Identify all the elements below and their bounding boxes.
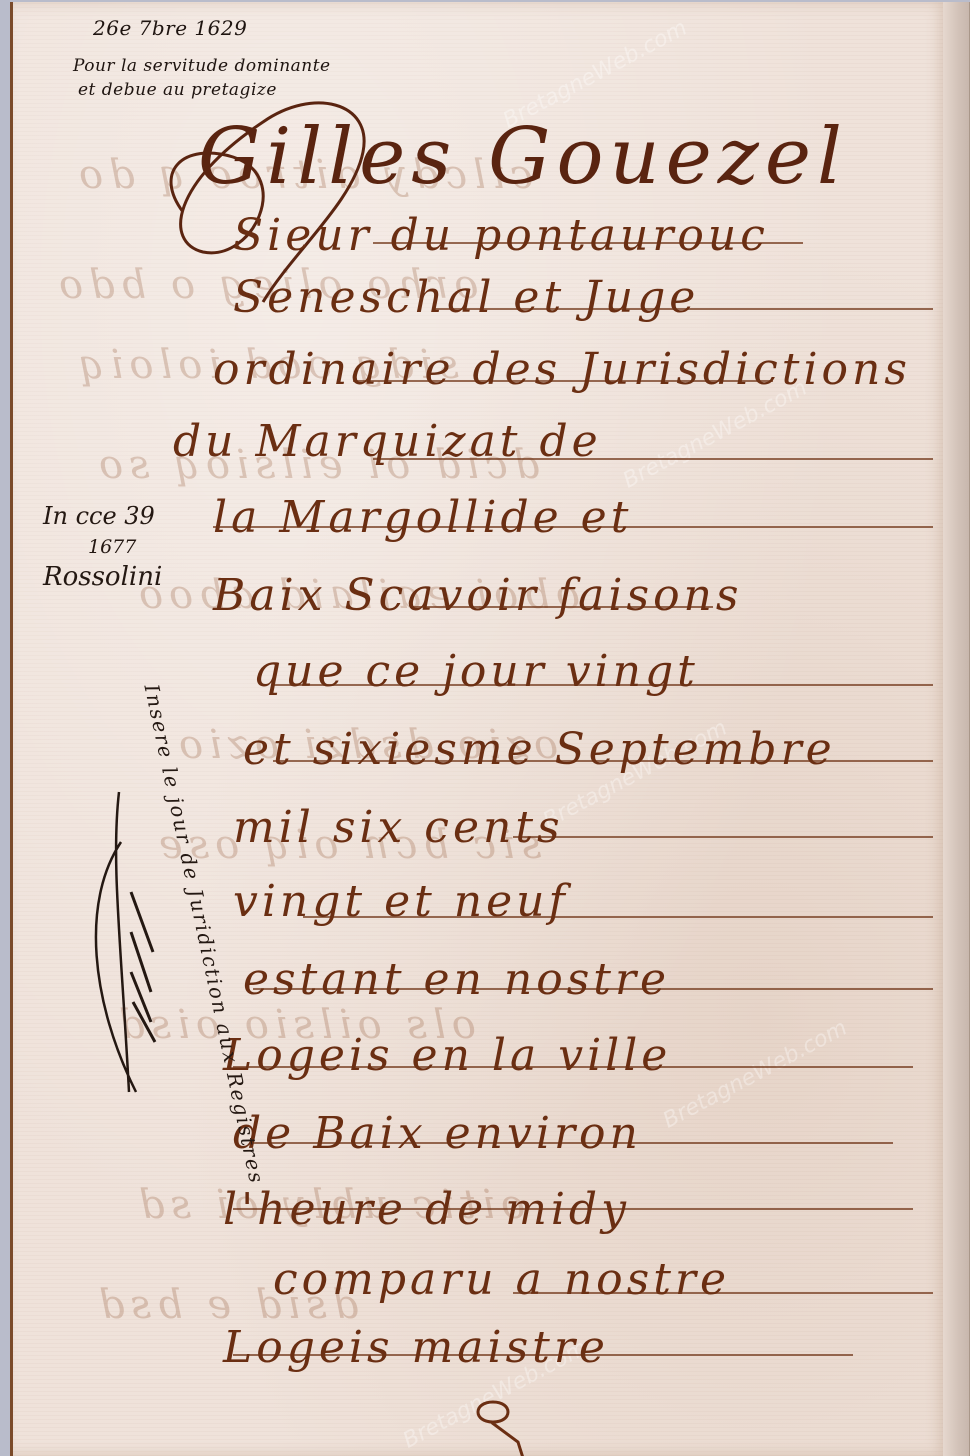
- line-filler-rule: [273, 684, 933, 686]
- line-filler-rule: [213, 526, 933, 528]
- signature-icon: [81, 782, 161, 1102]
- watermark: BretagneWeb.com: [659, 1015, 851, 1133]
- line-filler-rule: [233, 1208, 913, 1210]
- line-filler-rule: [373, 458, 933, 460]
- line-filler-rule: [353, 380, 773, 382]
- body-line-10: vingt et neuf: [233, 876, 569, 927]
- body-line-5: la Margollide et: [213, 492, 632, 543]
- line-filler-rule: [513, 836, 933, 838]
- paraph-flourish-icon: [463, 1382, 543, 1456]
- line-filler-rule: [233, 1066, 913, 1068]
- body-line-6: Baix Scavoir faisons: [213, 570, 742, 621]
- margin-note-line3: Rossolini: [43, 562, 162, 592]
- body-line-2: Seneschal et Juge: [233, 272, 699, 323]
- margin-note-line2: 1677: [88, 536, 136, 558]
- page-fold-edge: [943, 2, 970, 1456]
- body-line-8: et sixiesme Septembre: [243, 724, 836, 775]
- body-line-13: de Baix environ: [233, 1108, 642, 1159]
- body-line-3: ordinaire des Jurisdictions: [213, 344, 911, 395]
- line-filler-rule: [413, 606, 713, 608]
- body-line-12: Logeis en la ville: [223, 1030, 671, 1081]
- body-line-1: Sieur du pontaurouc: [233, 210, 769, 261]
- line-filler-rule: [233, 1354, 853, 1356]
- manuscript-page: cilcdy ditroc q do orho olieg o bdo sidg…: [10, 2, 948, 1456]
- margin-note-line1: In cce 39: [43, 502, 155, 530]
- line-filler-rule: [273, 760, 933, 762]
- body-line-9: mil six cents: [233, 802, 564, 853]
- line-filler-rule: [253, 1142, 893, 1144]
- body-line-7: que ce jour vingt: [253, 646, 699, 697]
- line-filler-rule: [433, 308, 933, 310]
- body-line-15: comparu a nostre: [273, 1254, 730, 1305]
- line-filler-rule: [253, 988, 933, 990]
- line-filler-rule: [373, 242, 803, 244]
- title-name: Gilles Gouezel: [198, 112, 848, 202]
- header-date: 26e 7bre 1629: [93, 16, 247, 40]
- body-line-11: estant en nostre: [243, 954, 670, 1005]
- body-line-16: Logeis maistre: [223, 1322, 609, 1373]
- line-filler-rule: [513, 1292, 933, 1294]
- line-filler-rule: [303, 916, 933, 918]
